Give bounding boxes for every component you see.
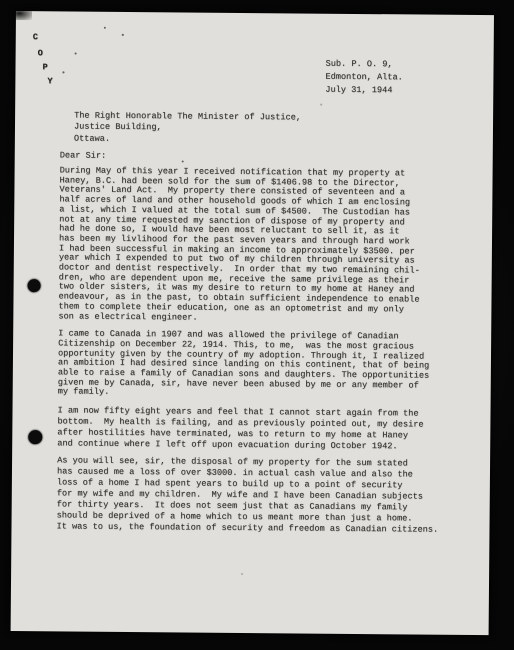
salutation: Dear Sir: — [60, 150, 480, 164]
letter-paragraph: I am now fifty eight years and feel that… — [57, 406, 477, 454]
letter-paragraph: As you will see, sir, the disposal of my… — [56, 455, 477, 536]
letter-paragraph: I came to Canada in 1907 and was allowed… — [58, 330, 479, 402]
scan-frame: C O P Y Sub. P. O. 9, Edmonton, Alta. Ju… — [0, 0, 514, 650]
dust-speck — [241, 573, 243, 575]
copy-stamp-letter: O — [38, 48, 43, 58]
sender-address: Sub. P. O. 9, Edmonton, Alta. July 31, 1… — [325, 58, 403, 98]
dust-speck — [104, 27, 106, 29]
dust-speck — [62, 71, 64, 73]
hole-punch-top — [28, 279, 41, 292]
letter-body: Dear Sir: During May of this year I rece… — [56, 150, 479, 536]
dust-speck — [75, 53, 77, 55]
dust-speck — [320, 104, 322, 106]
letter-page: C O P Y Sub. P. O. 9, Edmonton, Alta. Ju… — [11, 11, 494, 635]
copy-stamp-letter: C — [33, 32, 38, 42]
copy-stamp-letter: Y — [47, 76, 52, 86]
letter-paragraph: During May of this year I received notif… — [58, 166, 479, 325]
copy-stamp-letter: P — [42, 62, 47, 72]
recipient-address: The Right Honorable The Minister of Just… — [74, 111, 301, 147]
copy-stamp: C O P Y — [16, 11, 494, 15]
dust-speck — [122, 34, 124, 36]
scan-smudge — [14, 11, 32, 20]
hole-punch-bottom — [28, 430, 42, 444]
